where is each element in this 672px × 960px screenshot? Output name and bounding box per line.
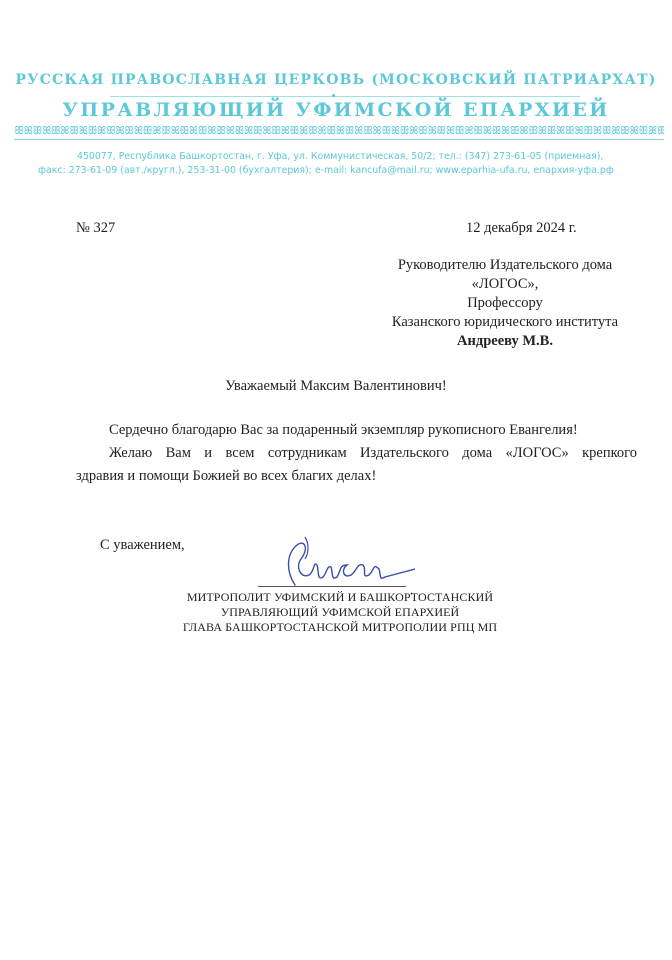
recipient-block: Руководителю Издательского дома «ЛОГОС»,…: [370, 256, 640, 351]
letterhead-address-line1: 450077, Республика Башкортостан, г. Уфа,…: [77, 149, 603, 164]
letter-date: 12 декабря 2024 г.: [466, 218, 577, 238]
body-paragraph-2-line2: здравия и помощи Божией во всех благих д…: [76, 466, 376, 486]
signature-line: [258, 586, 406, 587]
ornament-underline: [14, 139, 664, 140]
recipient-name: Андрееву М.В.: [370, 332, 640, 351]
closing: С уважением,: [100, 535, 185, 555]
letter-number: № 327: [76, 218, 115, 238]
letterhead-organization: РУССКАЯ ПРАВОСЛАВНАЯ ЦЕРКОВЬ (МОСКОВСКИЙ…: [0, 72, 672, 88]
letterhead-divider-dot: [332, 94, 335, 97]
signatory-block: МИТРОПОЛИТ УФИМСКИЙ И БАШКОРТОСТАНСКИЙ У…: [170, 590, 510, 635]
signatory-line1: МИТРОПОЛИТ УФИМСКИЙ И БАШКОРТОСТАНСКИЙ: [170, 590, 510, 605]
body-paragraph-2-line1: Желаю Вам и всем сотрудникам Издательско…: [109, 443, 637, 463]
letterhead-title: УПРАВЛЯЮЩИЙ УФИМСКОЙ ЕПАРХИЕЙ: [0, 99, 672, 121]
recipient-line2: «ЛОГОС»,: [370, 275, 640, 294]
ornament-border-icon: ꕥꕤꕥꕤꕥꕤꕥꕤꕥꕤꕥꕤꕥꕤꕥꕤꕥꕤꕥꕤꕥꕤꕥꕤꕥꕤꕥꕤꕥꕤꕥꕤꕥꕤꕥꕤꕥꕤꕥꕤ…: [14, 124, 664, 138]
recipient-line3: Профессору: [370, 294, 640, 313]
signatory-line3: ГЛАВА БАШКОРТОСТАНСКОЙ МИТРОПОЛИИ РПЦ МП: [170, 620, 510, 635]
letterhead-divider: [110, 96, 580, 97]
greeting: Уважаемый Максим Валентинович!: [0, 376, 672, 396]
recipient-line1: Руководителю Издательского дома: [370, 256, 640, 275]
body-paragraph-1: Сердечно благодарю Вас за подаренный экз…: [109, 420, 578, 440]
signatory-line2: УПРАВЛЯЮЩИЙ УФИМСКОЙ ЕПАРХИЕЙ: [170, 605, 510, 620]
letterhead-address-line2: факс: 273-61-09 (авт./кругл.), 253-31-00…: [38, 163, 614, 178]
recipient-line4: Казанского юридического института: [370, 313, 640, 332]
